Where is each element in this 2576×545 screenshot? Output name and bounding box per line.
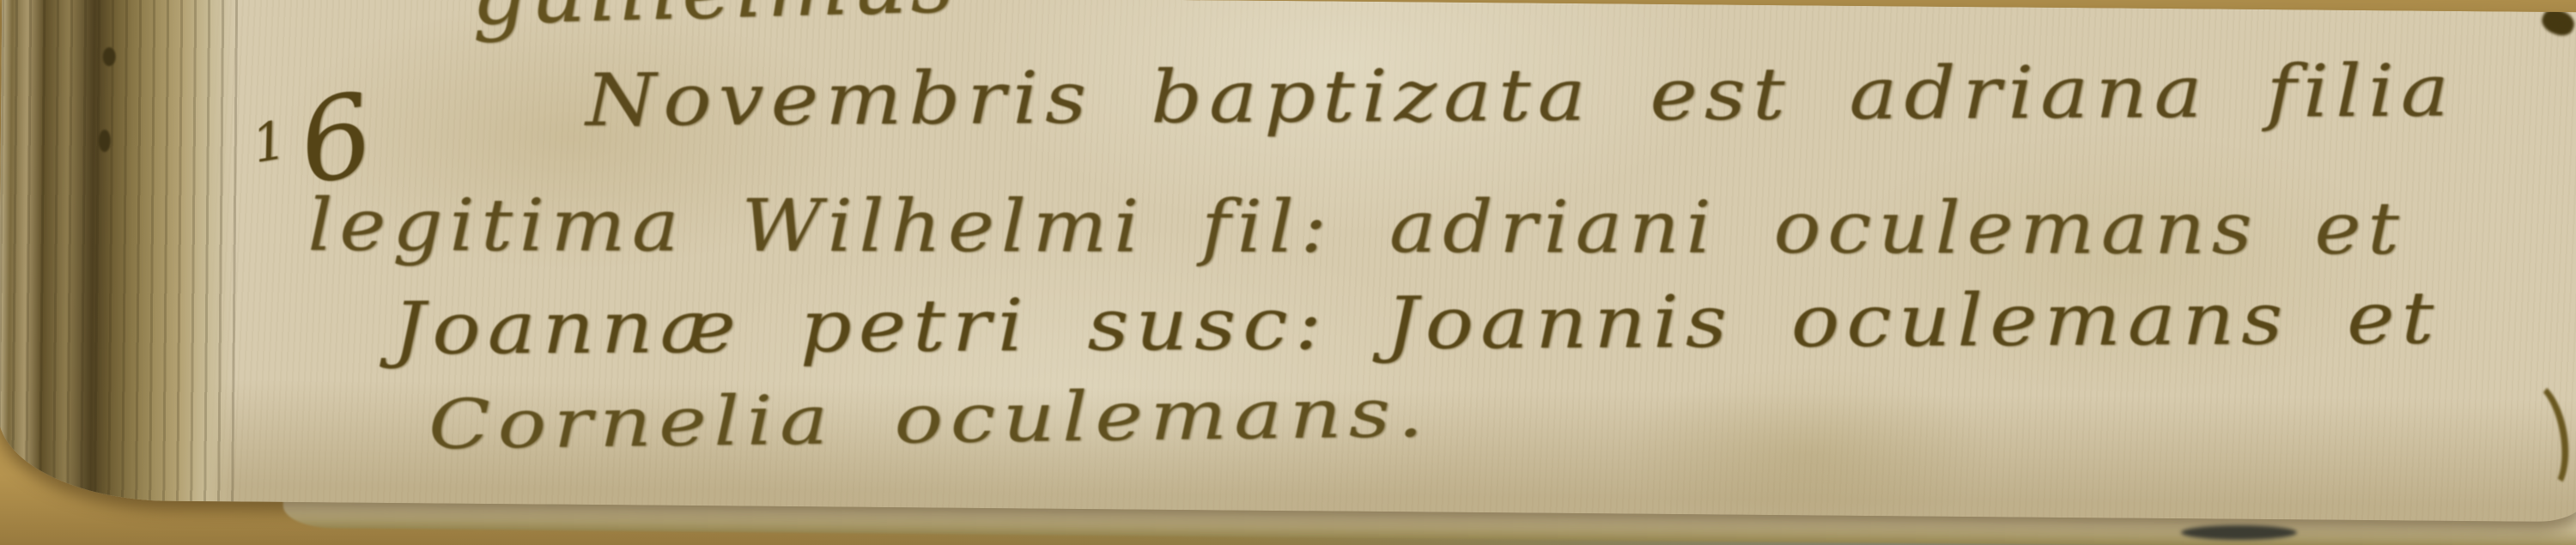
- manuscript-line: Joannæ petri susc: Joannis oculemans et: [392, 276, 2440, 371]
- manuscript-line: Novembris baptizata est adriana filia: [586, 49, 2456, 142]
- manuscript-line-partial: guilielmus: [471, 0, 959, 45]
- table-smudge: [2181, 525, 2297, 540]
- manuscript-line: legitima Wilhelmi fil: adriani oculemans…: [307, 183, 2406, 270]
- book-binding-gutter: [0, 0, 238, 501]
- corner-ink-mark: [2538, 5, 2576, 39]
- ink-flourish: [2500, 375, 2576, 500]
- manuscript-line: Cornelia oculemans.: [428, 372, 1431, 464]
- manuscript-photo: guilielmus 16 Novembris baptizata est ad…: [0, 0, 2576, 545]
- manuscript-page: guilielmus 16 Novembris baptizata est ad…: [0, 0, 2576, 522]
